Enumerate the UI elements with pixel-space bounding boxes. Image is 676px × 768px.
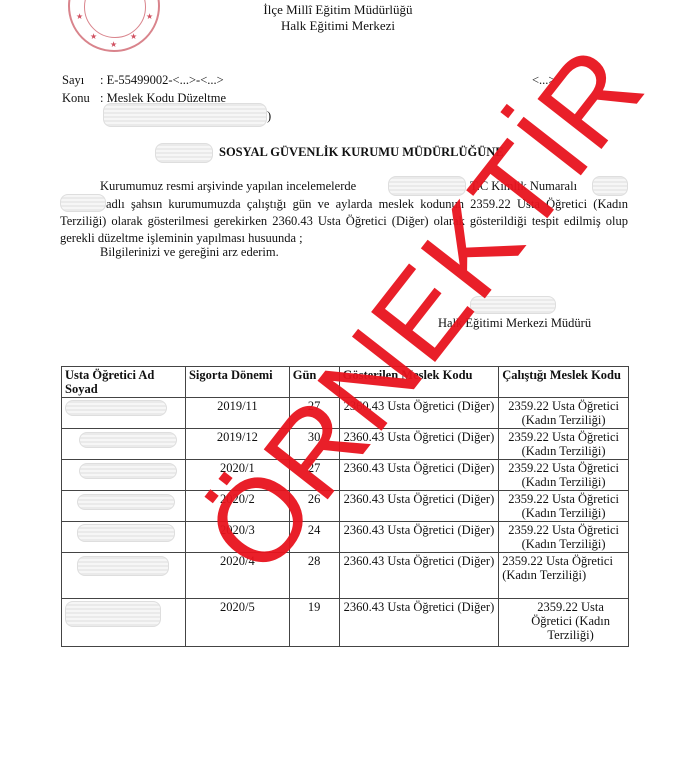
body-p1-tc-label: T.C Kimlik Numaralı xyxy=(470,179,577,194)
cell-days: 28 xyxy=(289,553,339,599)
header-line-1: İlçe Millî Eğitim Müdürlüğü xyxy=(0,2,676,18)
cell-actual-code: 2359.22 Usta Öğretici (Kadın Terziliği) xyxy=(499,429,629,460)
table-row: 2020/3 24 2360.43 Usta Öğretici (Diğer) … xyxy=(62,522,629,553)
redacted-name xyxy=(65,400,167,416)
redacted-name xyxy=(77,494,175,510)
cell-period: 2020/4 xyxy=(185,553,289,599)
table-row: 2020/4 28 2360.43 Usta Öğretici (Diğer) … xyxy=(62,553,629,599)
cell-name-redacted xyxy=(62,491,186,522)
cell-days: 27 xyxy=(289,398,339,429)
cell-shown-code: 2360.43 Usta Öğretici (Diğer) xyxy=(339,599,499,647)
cell-period: 2020/5 xyxy=(185,599,289,647)
body-p1-text: adlı şahsın kurumumuzda çalıştığı gün ve… xyxy=(60,196,628,247)
redacted-tc-number xyxy=(592,176,628,196)
recipient-heading: SOSYAL GÜVENLİK KURUMU MÜDÜRLÜĞÜNE xyxy=(219,145,504,160)
records-table: Usta Öğretici Ad Soyad Sigorta Dönemi Gü… xyxy=(61,366,629,647)
konu-label: Konu xyxy=(62,91,90,106)
cell-days: 27 xyxy=(289,460,339,491)
cell-actual-code: 2359.22 Usta Öğretici (Kadın Terziliği) xyxy=(499,522,629,553)
sayi-value: : E-55499002-<...>-<...> xyxy=(100,73,224,88)
cell-name-redacted xyxy=(62,460,186,491)
cell-shown-code: 2360.43 Usta Öğretici (Diğer) xyxy=(339,491,499,522)
sayi-label: Sayı xyxy=(62,73,84,88)
cell-period: 2019/12 xyxy=(185,429,289,460)
col-header-period: Sigorta Dönemi xyxy=(185,367,289,398)
body-p1-start: Kurumumuz resmi arşivinde yapılan incele… xyxy=(100,179,356,194)
cell-name-redacted xyxy=(62,553,186,599)
cell-name-redacted xyxy=(62,398,186,429)
redacted-signatory-name xyxy=(470,296,556,314)
table-row: 2020/5 19 2360.43 Usta Öğretici (Diğer) … xyxy=(62,599,629,647)
cell-period: 2020/3 xyxy=(185,522,289,553)
body-p2: Bilgilerinizi ve gereğini arz ederim. xyxy=(100,245,279,260)
col-header-actual-code: Çalıştığı Meslek Kodu xyxy=(499,367,629,398)
cell-days: 26 xyxy=(289,491,339,522)
cell-period: 2020/1 xyxy=(185,460,289,491)
redacted-name xyxy=(388,176,466,196)
col-header-name: Usta Öğretici Ad Soyad xyxy=(62,367,186,398)
redacted-suffix: ) xyxy=(267,109,271,124)
redacted-subject-detail xyxy=(103,103,267,127)
cell-actual-code: 2359.22 Usta Öğretici (Kadın Terziliği) xyxy=(499,460,629,491)
cell-period: 2019/11 xyxy=(185,398,289,429)
cell-shown-code: 2360.43 Usta Öğretici (Diğer) xyxy=(339,522,499,553)
cell-days: 19 xyxy=(289,599,339,647)
redacted-name xyxy=(77,524,175,542)
star-icon: ★ xyxy=(110,40,117,49)
cell-actual-code: 2359.22 Usta Öğretici (Kadın Terziliği) xyxy=(499,398,629,429)
cell-shown-code: 2360.43 Usta Öğretici (Diğer) xyxy=(339,553,499,599)
cell-days: 24 xyxy=(289,522,339,553)
date-value: <...> xyxy=(532,73,555,88)
cell-period: 2020/2 xyxy=(185,491,289,522)
redacted-name xyxy=(79,463,177,479)
redacted-name xyxy=(77,556,169,576)
cell-shown-code: 2360.43 Usta Öğretici (Diğer) xyxy=(339,429,499,460)
table-header-row: Usta Öğretici Ad Soyad Sigorta Dönemi Gü… xyxy=(62,367,629,398)
cell-actual-code: 2359.22 Usta Öğretici (Kadın Terziliği) xyxy=(499,599,629,647)
cell-shown-code: 2360.43 Usta Öğretici (Diğer) xyxy=(339,460,499,491)
cell-name-redacted xyxy=(62,429,186,460)
table-row: 2020/2 26 2360.43 Usta Öğretici (Diğer) … xyxy=(62,491,629,522)
cell-actual-code: 2359.22 Usta Öğretici (Kadın Terziliği) xyxy=(499,553,629,599)
cell-actual-code: 2359.22 Usta Öğretici (Kadın Terziliği) xyxy=(499,491,629,522)
cell-shown-code: 2360.43 Usta Öğretici (Diğer) xyxy=(339,398,499,429)
table-row: 2020/1 27 2360.43 Usta Öğretici (Diğer) … xyxy=(62,460,629,491)
redacted-name xyxy=(79,432,177,448)
table-row: 2019/12 30 2360.43 Usta Öğretici (Diğer)… xyxy=(62,429,629,460)
signatory-title: Halk Eğitimi Merkezi Müdürü xyxy=(438,316,591,331)
redacted-name xyxy=(65,601,161,627)
col-header-days: Gün xyxy=(289,367,339,398)
header-line-2: Halk Eğitimi Merkezi xyxy=(0,18,676,34)
cell-name-redacted xyxy=(62,599,186,647)
col-header-shown-code: Gösterilen Meslek Kodu xyxy=(339,367,499,398)
table-row: 2019/11 27 2360.43 Usta Öğretici (Diğer)… xyxy=(62,398,629,429)
cell-name-redacted xyxy=(62,522,186,553)
redacted-recipient-prefix xyxy=(155,143,213,163)
cell-days: 30 xyxy=(289,429,339,460)
